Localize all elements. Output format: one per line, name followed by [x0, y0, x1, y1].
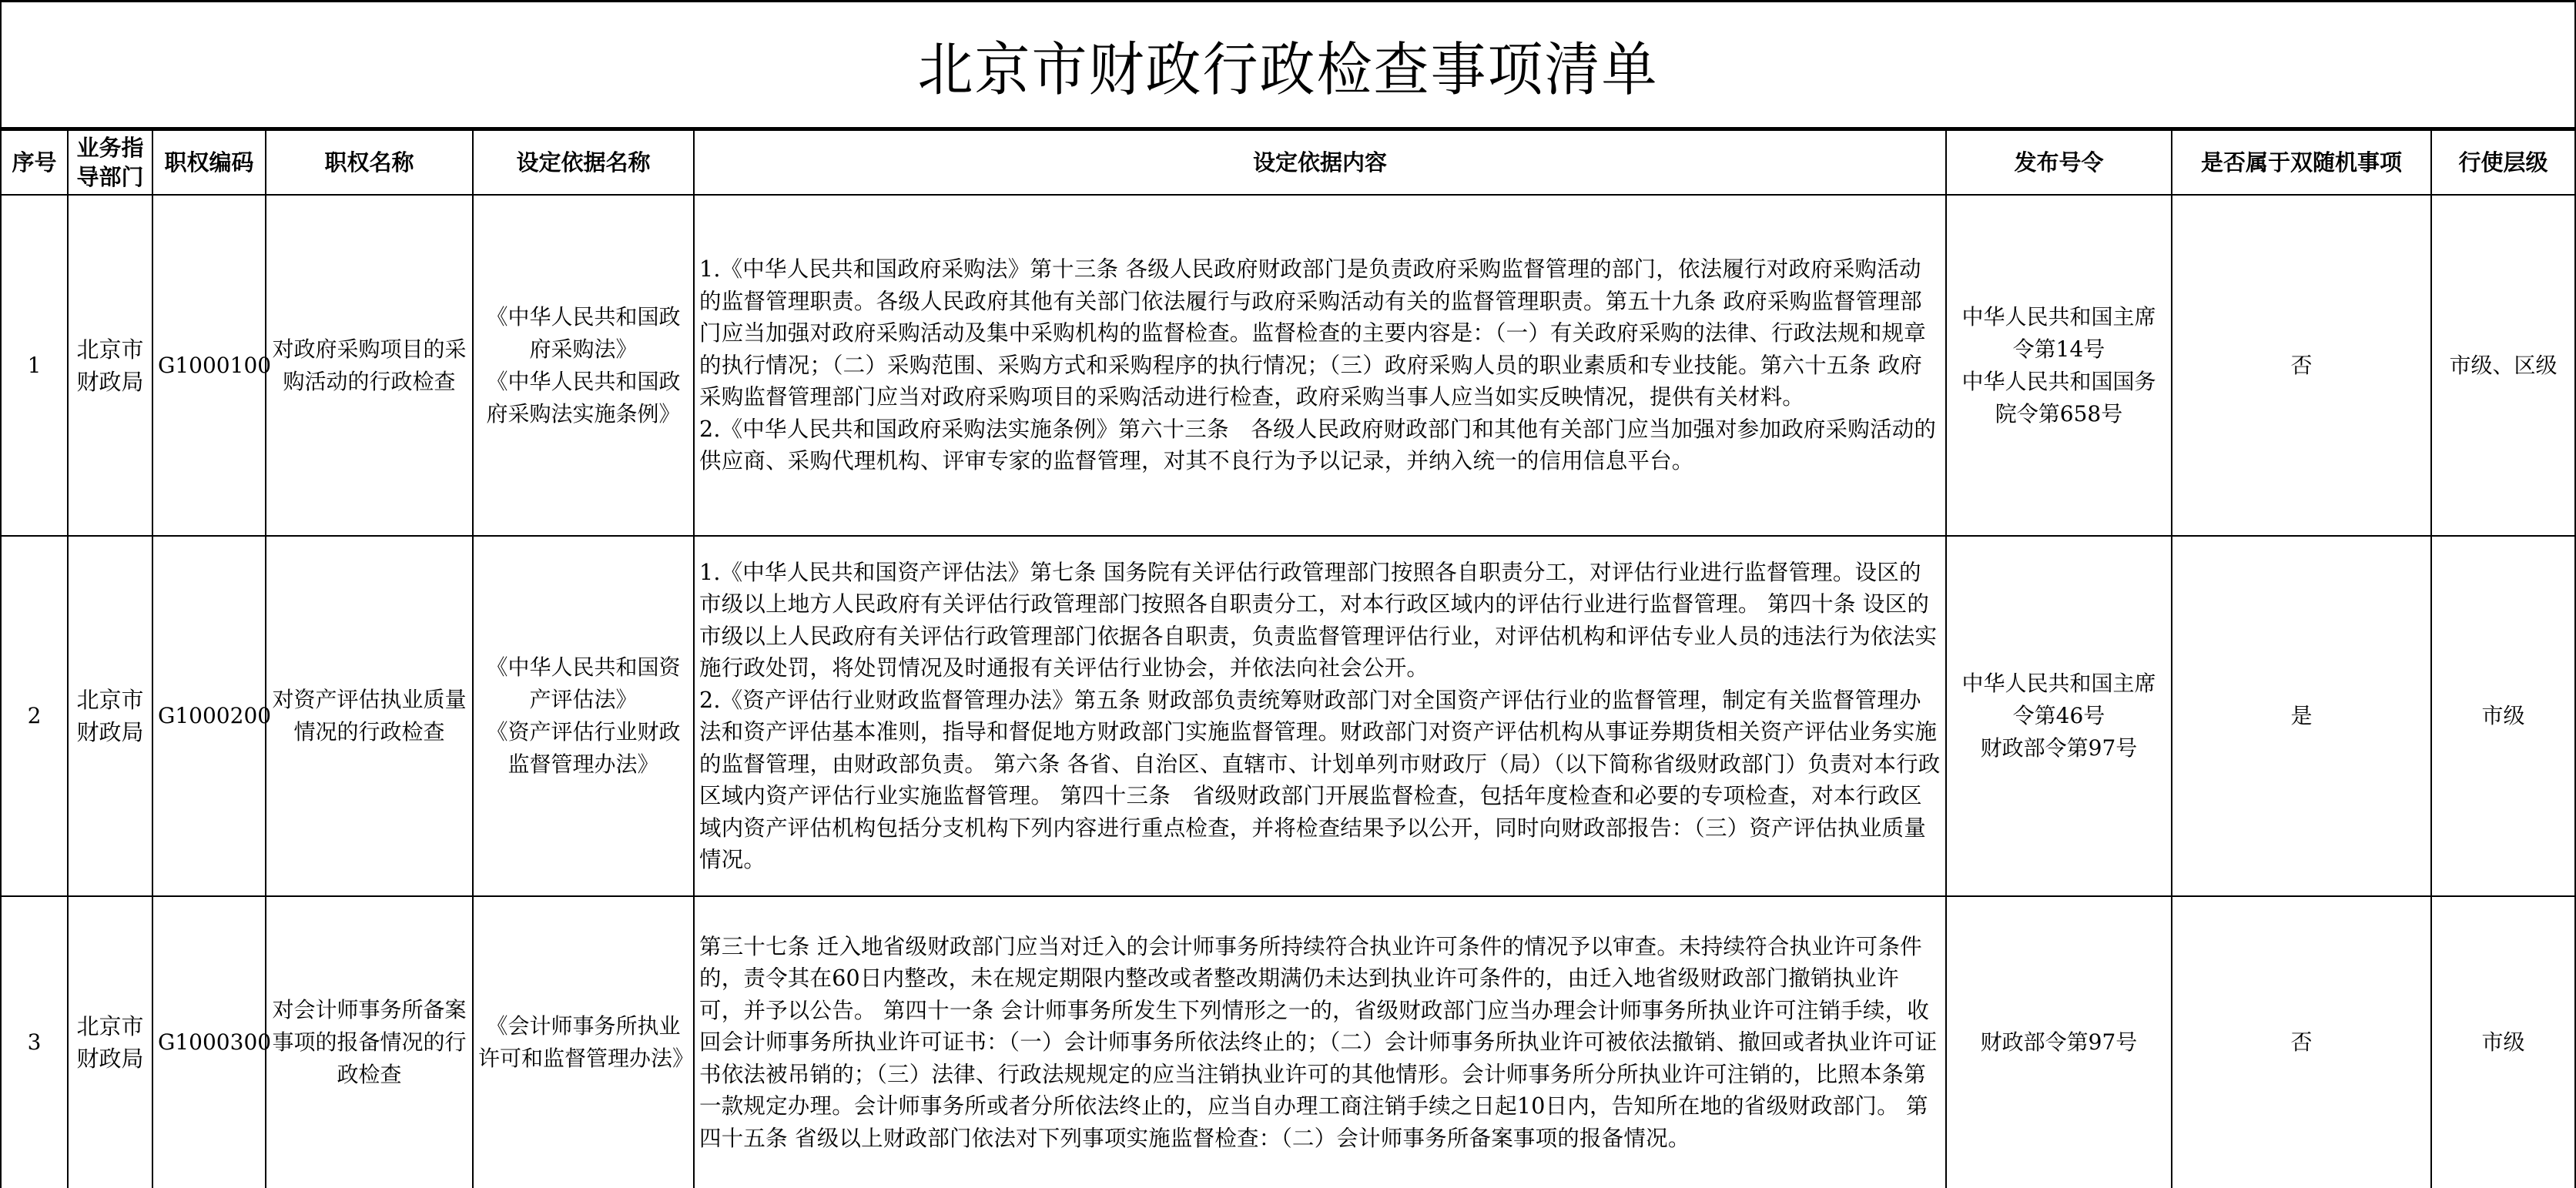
- cell-basis-content: 第三十七条 迁入地省级财政部门应当对迁入的会计师事务所持续符合执业许可条件的情况…: [694, 896, 1946, 1188]
- cell-basis-content: 1.《中华人民共和国资产评估法》第七条 国务院有关评估行政管理部门按照各自职责分…: [694, 536, 1946, 896]
- cell-name: 对政府采购项目的采购活动的行政检查: [266, 195, 473, 536]
- basis-content-paragraph: 1.《中华人民共和国政府采购法》第十三条 各级人民政府财政部门是负责政府采购监督…: [699, 253, 1942, 413]
- cell-basis-name: 《中华人民共和国资产评估法》 《资产评估行业财政监督管理办法》: [473, 536, 694, 896]
- table-row: 3 北京市财政局 G1000300 对会计师事务所备案事项的报备情况的行政检查 …: [2, 896, 2574, 1188]
- cell-double-random: 否: [2172, 195, 2431, 536]
- cell-level: 市级: [2431, 896, 2574, 1188]
- cell-name: 对会计师事务所备案事项的报备情况的行政检查: [266, 896, 473, 1188]
- cell-basis-name: 《会计师事务所执业许可和监督管理办法》: [473, 896, 694, 1188]
- header-order: 发布号令: [1946, 130, 2172, 195]
- title-row: 北京市财政行政检查事项清单: [2, 2, 2574, 129]
- cell-order: 中华人民共和国主席令第14号 中华人民共和国国务院令第658号: [1946, 195, 2172, 536]
- cell-order: 中华人民共和国主席令第46号 财政部令第97号: [1946, 536, 2172, 896]
- cell-dept: 北京市财政局: [68, 536, 152, 896]
- order-item: 中华人民共和国主席令第14号: [1951, 301, 2166, 366]
- cell-basis-name: 《中华人民共和国政府采购法》 《中华人民共和国政府采购法实施条例》: [473, 195, 694, 536]
- cell-level: 市级、区级: [2431, 195, 2574, 536]
- basis-content-paragraph: 第三十七条 迁入地省级财政部门应当对迁入的会计师事务所持续符合执业许可条件的情况…: [699, 931, 1942, 1155]
- basis-name-item: 《中华人民共和国政府采购法》: [478, 301, 688, 366]
- cell-code: G1000100: [152, 195, 266, 536]
- cell-basis-content: 1.《中华人民共和国政府采购法》第十三条 各级人民政府财政部门是负责政府采购监督…: [694, 195, 1946, 536]
- cell-dept: 北京市财政局: [68, 896, 152, 1188]
- cell-seq: 2: [2, 536, 68, 896]
- header-code: 职权编码: [152, 130, 266, 195]
- header-name: 职权名称: [266, 130, 473, 195]
- header-basis-name: 设定依据名称: [473, 130, 694, 195]
- header-level: 行使层级: [2431, 130, 2574, 195]
- inspection-table: 序号 业务指导部门 职权编码 职权名称 设定依据名称 设定依据内容 发布号令 是…: [2, 129, 2574, 1188]
- cell-double-random: 否: [2172, 896, 2431, 1188]
- basis-name-item: 《资产评估行业财政监督管理办法》: [478, 716, 688, 781]
- basis-name-item: 《中华人民共和国资产评估法》: [478, 651, 688, 716]
- order-item: 中华人民共和国国务院令第658号: [1951, 366, 2166, 430]
- cell-seq: 3: [2, 896, 68, 1188]
- page-title: 北京市财政行政检查事项清单: [917, 22, 1658, 106]
- cell-code: G1000300: [152, 896, 266, 1188]
- header-basis-content: 设定依据内容: [694, 130, 1946, 195]
- cell-seq: 1: [2, 195, 68, 536]
- header-row: 序号 业务指导部门 职权编码 职权名称 设定依据名称 设定依据内容 发布号令 是…: [2, 130, 2574, 195]
- cell-double-random: 是: [2172, 536, 2431, 896]
- basis-content-paragraph: 2.《资产评估行业财政监督管理办法》第五条 财政部负责统筹财政部门对全国资产评估…: [699, 684, 1942, 876]
- cell-name: 对资产评估执业质量情况的行政检查: [266, 536, 473, 896]
- cell-code: G1000200: [152, 536, 266, 896]
- table-row: 2 北京市财政局 G1000200 对资产评估执业质量情况的行政检查 《中华人民…: [2, 536, 2574, 896]
- table-row: 1 北京市财政局 G1000100 对政府采购项目的采购活动的行政检查 《中华人…: [2, 195, 2574, 536]
- basis-content-paragraph: 1.《中华人民共和国资产评估法》第七条 国务院有关评估行政管理部门按照各自职责分…: [699, 557, 1942, 684]
- header-seq: 序号: [2, 130, 68, 195]
- order-item: 财政部令第97号: [1951, 732, 2166, 765]
- cell-level: 市级: [2431, 536, 2574, 896]
- inspection-list-sheet: 北京市财政行政检查事项清单 序号 业务指导部门 职权编码 职权名称 设定依据名称…: [0, 0, 2576, 1188]
- basis-content-paragraph: 2.《中华人民共和国政府采购法实施条例》第六十三条 各级人民政府财政部门和其他有…: [699, 413, 1942, 477]
- cell-dept: 北京市财政局: [68, 195, 152, 536]
- order-item: 中华人民共和国主席令第46号: [1951, 668, 2166, 732]
- order-item: 财政部令第97号: [1951, 1026, 2166, 1059]
- basis-name-item: 《中华人民共和国政府采购法实施条例》: [478, 366, 688, 430]
- basis-name-item: 《会计师事务所执业许可和监督管理办法》: [478, 1010, 688, 1075]
- cell-order: 财政部令第97号: [1946, 896, 2172, 1188]
- header-dept: 业务指导部门: [68, 130, 152, 195]
- header-double-random: 是否属于双随机事项: [2172, 130, 2431, 195]
